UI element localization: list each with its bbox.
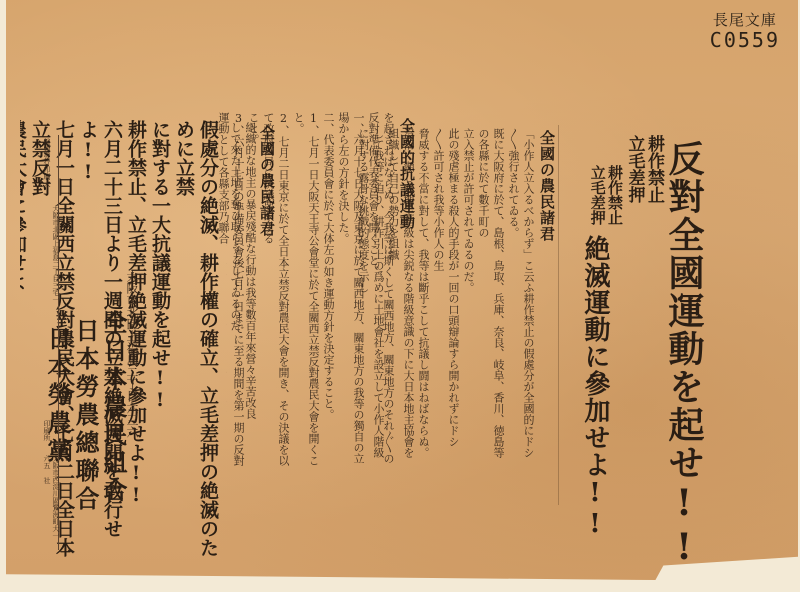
section-2-heading: 全國的抗議運動 [397, 118, 418, 230]
printer-label: 印刷所 [42, 420, 51, 450]
section-1-paragraph: 立入禁止が許可されてゐるのだ。 [461, 128, 476, 458]
printer-address: 大阪市西淀川區鷺洲町大一六五 社 [40, 455, 60, 545]
subheadline-title: 絶滅運動に參加せよ!! [577, 235, 614, 540]
section-1-paragraph: 此の殘虐極まる殺人的手段が一回の口頭辯論すら開かれずにドシ〳〵許可され我等小作人… [431, 128, 461, 458]
section-2-intro: を起さねばならぬ。今我等は斯くして關西地方、關東地方のそれ〴〵の反對準備代表委員… [366, 112, 396, 467]
section-1-paragraph: 「小作人立入るべからず」こ云ふ耕作禁止の假處分が全國的にドシ〳〵強行されてゐる。 [506, 128, 536, 458]
archive-name: 長尾文庫 [710, 12, 780, 29]
section-2-item: 二、代表委員會に於て大体左の如き運動方針を決定すること。 [321, 112, 336, 467]
section-1-heading: 全國の農民諸君 [537, 130, 558, 242]
appeal-line: に對する一大抗議運動を起せ!! [148, 120, 172, 565]
section-3-heading: 全國の農民諸君 [257, 125, 278, 237]
section-1-paragraph: 既に大阪府に於て、島根、鳥取、兵庫、奈良、岐阜、香川、徳島等の各縣に於て數千町の [476, 128, 506, 458]
headline-prefix: 耕作禁止立毛差押 [624, 135, 663, 215]
section-3-paragraph: 我等は我等の總ゆる力を結集集中して、斯の如き暴虐な行動の絶滅を期さねばならぬ。 [226, 122, 228, 422]
section-2-item: 一、六月十七日大阪及東京に於て關西地方、關東地方の我等の獨自の立場から左の方針を… [336, 112, 366, 467]
appeal-line: 假處分の絶滅、耕作權の確立、立毛差押の絶滅のために立禁 [172, 120, 220, 565]
leaflet-paper: 長尾文庫 C0559 耕作禁止立毛差押 反對全國運動を起せ!! 耕作禁止立毛差押… [6, 0, 798, 580]
appeal-line: 農民大會に參加せよ!! [20, 120, 28, 565]
section-1-paragraph: 脅威する不當に對して、我等は斷乎こして抗議し闘はねばならぬ。 [416, 128, 431, 458]
section-3-body: 組織的な地主の暴戻殘酷な行動は我等數百年來營々辛苦改良して來た土地を奪ひ取らうこ… [226, 122, 258, 422]
column-divider [558, 125, 559, 505]
publisher-label: 編輯發行印刷人 [42, 138, 51, 198]
section-2-item: 1、七月一日大阪天王寺公會堂に於て全關西立禁反對農民大會を開くこと。 [291, 112, 321, 467]
headline-title: 反對全國運動を起せ!! [659, 140, 710, 570]
publisher-address: 大阪市北區上福島二丁目三宅一 [40, 205, 60, 325]
archive-stamp: 長尾文庫 C0559 [710, 12, 780, 51]
archive-code: C0559 [710, 29, 780, 51]
section-3-paragraph: 組織的な地主の暴戻殘酷な行動は我等數百年來營々辛苦改良して來た土地を奪ひ取らうこ… [228, 122, 258, 422]
subheadline-prefix: 耕作禁止立毛差押 [589, 165, 624, 235]
